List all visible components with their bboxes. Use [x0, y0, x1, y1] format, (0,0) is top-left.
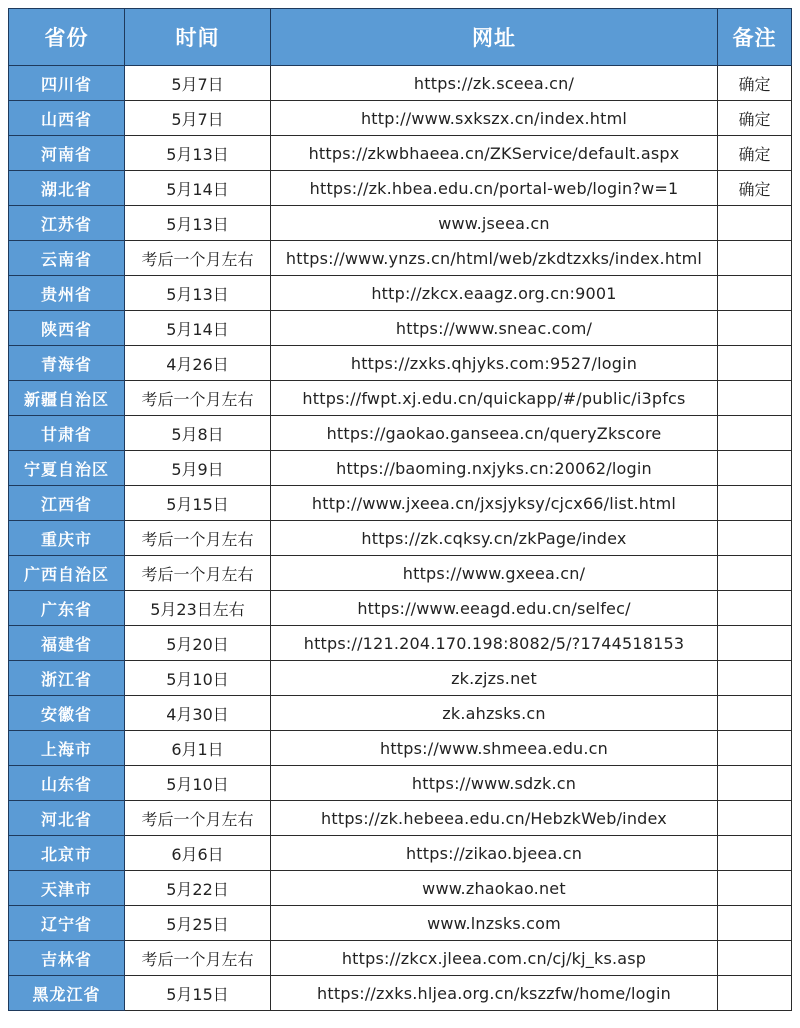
province-cell: 浙江省 [9, 661, 125, 696]
url-cell[interactable]: https://gaokao.ganseea.cn/queryZkscore [271, 416, 718, 451]
time-cell: 考后一个月左右 [125, 801, 271, 836]
url-cell[interactable]: https://baoming.nxjyks.cn:20062/login [271, 451, 718, 486]
table-row: 江西省5月15日http://www.jxeea.cn/jxsjyksy/cjc… [9, 486, 792, 521]
url-cell[interactable]: https://zxks.hljea.org.cn/kszzfw/home/lo… [271, 976, 718, 1011]
note-cell [718, 941, 792, 976]
table-body: 四川省5月7日https://zk.sceea.cn/确定山西省5月7日http… [9, 66, 792, 1011]
url-cell[interactable]: https://zkcx.jleea.com.cn/cj/kj_ks.asp [271, 941, 718, 976]
time-cell: 考后一个月左右 [125, 241, 271, 276]
note-cell [718, 836, 792, 871]
note-cell [718, 591, 792, 626]
table-row: 广西自治区考后一个月左右https://www.gxeea.cn/ [9, 556, 792, 591]
table-row: 天津市5月22日www.zhaokao.net [9, 871, 792, 906]
time-cell: 5月10日 [125, 661, 271, 696]
url-cell[interactable]: http://zkcx.eaagz.org.cn:9001 [271, 276, 718, 311]
header-row: 省份 时间 网址 备注 [9, 9, 792, 66]
table-row: 河北省考后一个月左右https://zk.hebeea.edu.cn/Hebzk… [9, 801, 792, 836]
table-row: 福建省5月20日https://121.204.170.198:8082/5/?… [9, 626, 792, 661]
table-row: 甘肃省5月8日https://gaokao.ganseea.cn/queryZk… [9, 416, 792, 451]
province-cell: 山东省 [9, 766, 125, 801]
table-row: 黑龙江省5月15日https://zxks.hljea.org.cn/kszzf… [9, 976, 792, 1011]
province-cell: 山西省 [9, 101, 125, 136]
url-cell[interactable]: https://zxks.qhjyks.com:9527/login [271, 346, 718, 381]
time-cell: 4月30日 [125, 696, 271, 731]
header-note: 备注 [718, 9, 792, 66]
province-cell: 辽宁省 [9, 906, 125, 941]
table-row: 湖北省5月14日https://zk.hbea.edu.cn/portal-we… [9, 171, 792, 206]
table-row: 山东省5月10日https://www.sdzk.cn [9, 766, 792, 801]
note-cell [718, 276, 792, 311]
url-cell[interactable]: https://www.sdzk.cn [271, 766, 718, 801]
province-cell: 陕西省 [9, 311, 125, 346]
time-cell: 5月7日 [125, 66, 271, 101]
note-cell [718, 731, 792, 766]
note-cell: 确定 [718, 101, 792, 136]
time-cell: 5月15日 [125, 486, 271, 521]
time-cell: 5月13日 [125, 136, 271, 171]
time-cell: 5月20日 [125, 626, 271, 661]
note-cell: 确定 [718, 136, 792, 171]
table-row: 广东省5月23日左右https://www.eeagd.edu.cn/selfe… [9, 591, 792, 626]
url-cell[interactable]: www.zhaokao.net [271, 871, 718, 906]
table-row: 江苏省5月13日www.jseea.cn [9, 206, 792, 241]
time-cell: 5月10日 [125, 766, 271, 801]
url-cell[interactable]: zk.ahzsks.cn [271, 696, 718, 731]
province-cell: 贵州省 [9, 276, 125, 311]
province-cell: 安徽省 [9, 696, 125, 731]
note-cell [718, 626, 792, 661]
note-cell [718, 906, 792, 941]
note-cell [718, 381, 792, 416]
time-cell: 5月13日 [125, 206, 271, 241]
url-cell[interactable]: https://www.eeagd.edu.cn/selfec/ [271, 591, 718, 626]
note-cell [718, 521, 792, 556]
note-cell: 确定 [718, 66, 792, 101]
table-row: 新疆自治区考后一个月左右https://fwpt.xj.edu.cn/quick… [9, 381, 792, 416]
header-url: 网址 [271, 9, 718, 66]
province-cell: 湖北省 [9, 171, 125, 206]
time-cell: 5月14日 [125, 171, 271, 206]
province-cell: 黑龙江省 [9, 976, 125, 1011]
note-cell [718, 346, 792, 381]
province-cell: 四川省 [9, 66, 125, 101]
table-row: 浙江省5月10日zk.zjzs.net [9, 661, 792, 696]
note-cell [718, 696, 792, 731]
url-cell[interactable]: zk.zjzs.net [271, 661, 718, 696]
table-row: 陕西省5月14日https://www.sneac.com/ [9, 311, 792, 346]
url-cell[interactable]: https://zk.hebeea.edu.cn/HebzkWeb/index [271, 801, 718, 836]
url-cell[interactable]: https://www.shmeea.edu.cn [271, 731, 718, 766]
time-cell: 6月6日 [125, 836, 271, 871]
time-cell: 4月26日 [125, 346, 271, 381]
table-header: 省份 时间 网址 备注 [9, 9, 792, 66]
province-cell: 江苏省 [9, 206, 125, 241]
time-cell: 5月22日 [125, 871, 271, 906]
note-cell [718, 976, 792, 1011]
table-row: 贵州省5月13日http://zkcx.eaagz.org.cn:9001 [9, 276, 792, 311]
table-row: 云南省考后一个月左右https://www.ynzs.cn/html/web/z… [9, 241, 792, 276]
url-cell[interactable]: https://zikao.bjeea.cn [271, 836, 718, 871]
time-cell: 5月25日 [125, 906, 271, 941]
time-cell: 6月1日 [125, 731, 271, 766]
header-province: 省份 [9, 9, 125, 66]
url-cell[interactable]: https://zkwbhaeea.cn/ZKService/default.a… [271, 136, 718, 171]
table-row: 安徽省4月30日zk.ahzsks.cn [9, 696, 792, 731]
note-cell [718, 801, 792, 836]
province-cell: 云南省 [9, 241, 125, 276]
note-cell [718, 556, 792, 591]
province-cell: 福建省 [9, 626, 125, 661]
url-cell[interactable]: https://zk.hbea.edu.cn/portal-web/login?… [271, 171, 718, 206]
table-row: 上海市6月1日https://www.shmeea.edu.cn [9, 731, 792, 766]
province-cell: 重庆市 [9, 521, 125, 556]
time-cell: 5月15日 [125, 976, 271, 1011]
province-cell: 河北省 [9, 801, 125, 836]
url-cell[interactable]: www.jseea.cn [271, 206, 718, 241]
table-row: 重庆市考后一个月左右https://zk.cqksy.cn/zkPage/ind… [9, 521, 792, 556]
table-row: 四川省5月7日https://zk.sceea.cn/确定 [9, 66, 792, 101]
score-query-table: 省份 时间 网址 备注 四川省5月7日https://zk.sceea.cn/确… [8, 8, 792, 1011]
note-cell [718, 241, 792, 276]
table-row: 宁夏自治区5月9日https://baoming.nxjyks.cn:20062… [9, 451, 792, 486]
url-cell[interactable]: https://zk.cqksy.cn/zkPage/index [271, 521, 718, 556]
time-cell: 考后一个月左右 [125, 556, 271, 591]
table-row: 青海省4月26日https://zxks.qhjyks.com:9527/log… [9, 346, 792, 381]
url-cell[interactable]: http://www.jxeea.cn/jxsjyksy/cjcx66/list… [271, 486, 718, 521]
province-cell: 上海市 [9, 731, 125, 766]
note-cell [718, 871, 792, 906]
province-cell: 广西自治区 [9, 556, 125, 591]
note-cell [718, 661, 792, 696]
url-cell[interactable]: https://zk.sceea.cn/ [271, 66, 718, 101]
province-cell: 北京市 [9, 836, 125, 871]
note-cell [718, 486, 792, 521]
table-row: 河南省5月13日https://zkwbhaeea.cn/ZKService/d… [9, 136, 792, 171]
province-cell: 广东省 [9, 591, 125, 626]
note-cell [718, 766, 792, 801]
time-cell: 考后一个月左右 [125, 381, 271, 416]
table-row: 北京市6月6日https://zikao.bjeea.cn [9, 836, 792, 871]
note-cell: 确定 [718, 171, 792, 206]
url-cell[interactable]: https://www.sneac.com/ [271, 311, 718, 346]
table-row: 山西省5月7日http://www.sxkszx.cn/index.html确定 [9, 101, 792, 136]
province-cell: 新疆自治区 [9, 381, 125, 416]
time-cell: 5月8日 [125, 416, 271, 451]
table-row: 辽宁省5月25日www.lnzsks.com [9, 906, 792, 941]
province-cell: 天津市 [9, 871, 125, 906]
time-cell: 5月9日 [125, 451, 271, 486]
province-cell: 甘肃省 [9, 416, 125, 451]
url-cell[interactable]: https://www.ynzs.cn/html/web/zkdtzxks/in… [271, 241, 718, 276]
time-cell: 5月14日 [125, 311, 271, 346]
note-cell [718, 311, 792, 346]
province-cell: 青海省 [9, 346, 125, 381]
province-cell: 江西省 [9, 486, 125, 521]
url-cell[interactable]: https://fwpt.xj.edu.cn/quickapp/#/public… [271, 381, 718, 416]
url-cell[interactable]: https://121.204.170.198:8082/5/?17445181… [271, 626, 718, 661]
note-cell [718, 451, 792, 486]
province-cell: 河南省 [9, 136, 125, 171]
url-cell[interactable]: www.lnzsks.com [271, 906, 718, 941]
time-cell: 5月23日左右 [125, 591, 271, 626]
time-cell: 考后一个月左右 [125, 941, 271, 976]
province-cell: 吉林省 [9, 941, 125, 976]
time-cell: 5月13日 [125, 276, 271, 311]
province-cell: 宁夏自治区 [9, 451, 125, 486]
time-cell: 考后一个月左右 [125, 521, 271, 556]
note-cell [718, 416, 792, 451]
header-time: 时间 [125, 9, 271, 66]
note-cell [718, 206, 792, 241]
time-cell: 5月7日 [125, 101, 271, 136]
url-cell[interactable]: http://www.sxkszx.cn/index.html [271, 101, 718, 136]
table-row: 吉林省考后一个月左右https://zkcx.jleea.com.cn/cj/k… [9, 941, 792, 976]
url-cell[interactable]: https://www.gxeea.cn/ [271, 556, 718, 591]
